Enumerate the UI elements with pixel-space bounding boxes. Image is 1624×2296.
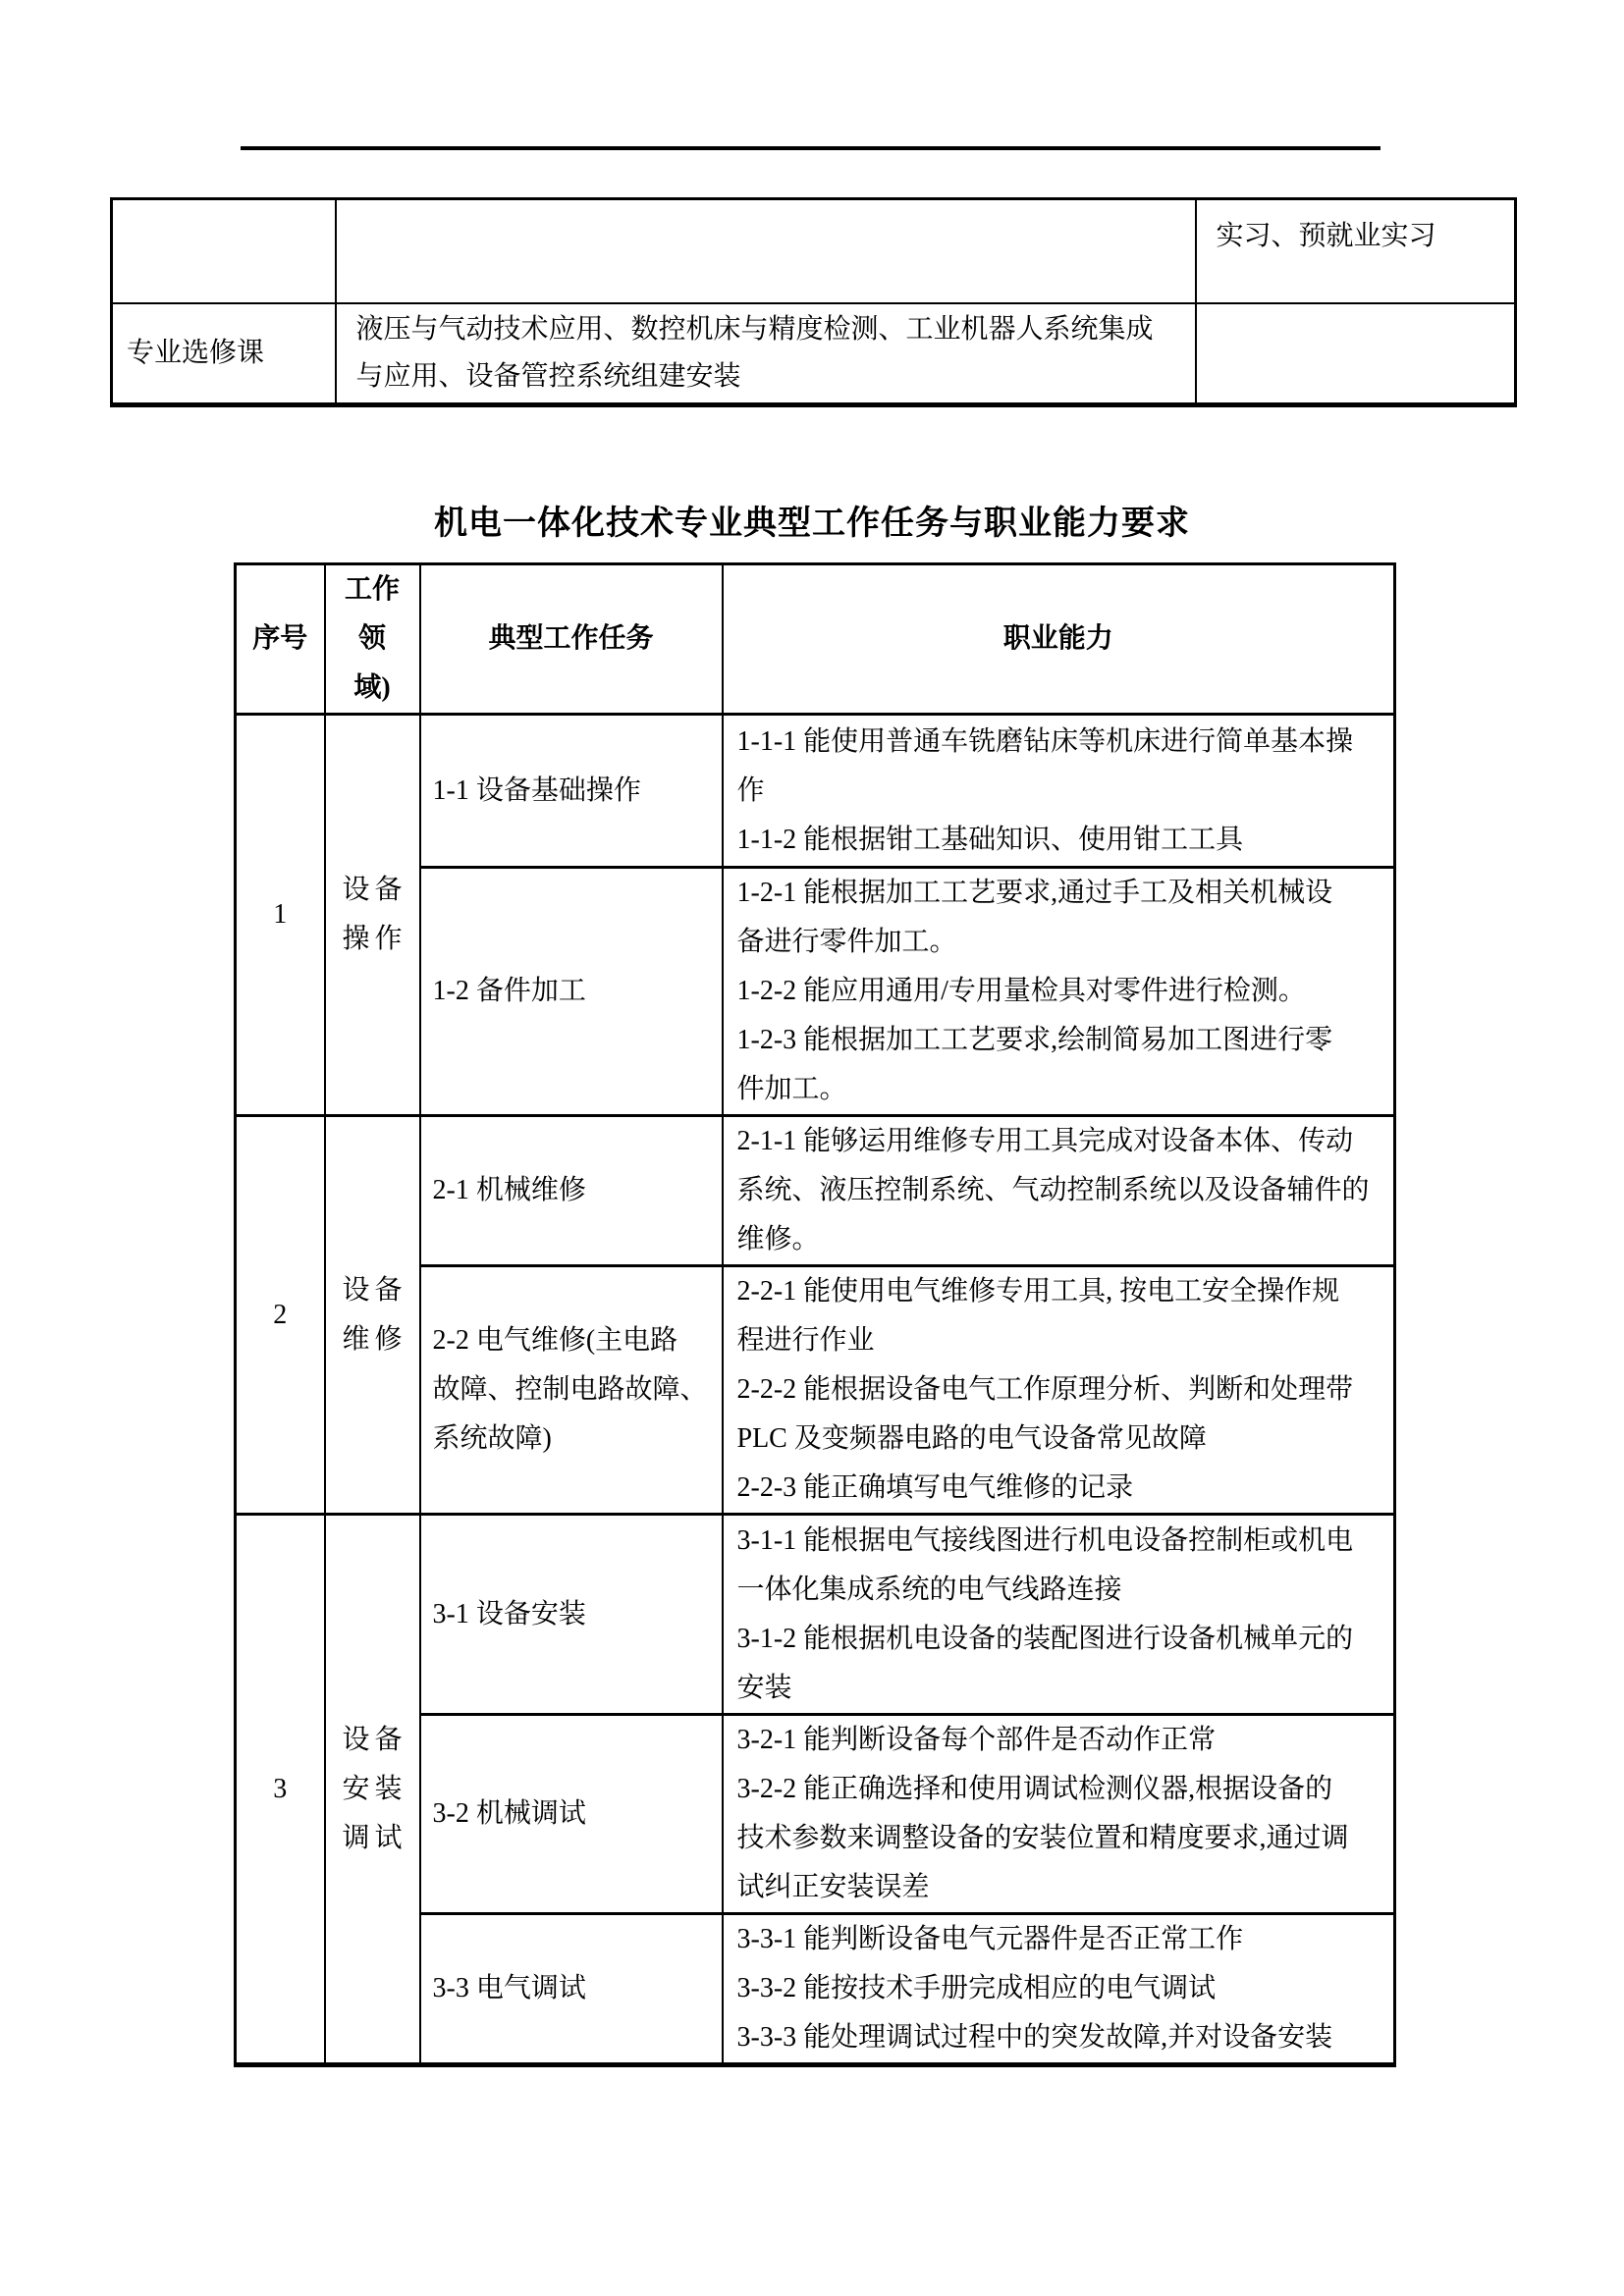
task-cell-3-3: 3-3 电气调试: [420, 1914, 723, 2065]
empty-cell: [112, 199, 336, 303]
task-cell-2-2: 2-2 电气维修(主电路 故障、控制电路故障、 系统故障): [420, 1266, 723, 1515]
table-row: 3 设备 安装 调试 3-1 设备安装 3-1-1 能根据电气接线图进行机电设备…: [236, 1515, 1395, 1715]
domain-cell-2: 设备 维修: [325, 1116, 420, 1515]
elective-course-label-cell: 专业选修课: [112, 303, 336, 405]
table-row: 2 设备 维修 2-1 机械维修 2-1-1 能够运用维修专用工具完成对设备本体…: [236, 1116, 1395, 1266]
domain-cell-3: 设备 安装 调试: [325, 1515, 420, 2065]
column-header-ability: 职业能力: [723, 564, 1395, 715]
abilities-cell-3-1: 3-1-1 能根据电气接线图进行机电设备控制柜或机电 一体化集成系统的电气线路连…: [723, 1515, 1395, 1715]
task-cell-3-2: 3-2 机械调试: [420, 1715, 723, 1914]
top-table: 实习、预就业实习 专业选修课 液压与气动技术应用、数控机床与精度检测、工业机器人…: [110, 197, 1517, 407]
header-rule: [241, 146, 1380, 150]
task-cell-1-2: 1-2 备件加工: [420, 868, 723, 1116]
abilities-cell-2-2: 2-2-1 能使用电气维修专用工具, 按电工安全操作规 程进行作业 2-2-2 …: [723, 1266, 1395, 1515]
main-table: 序号 工作 领 域) 典型工作任务 职业能力 1 设备 操作 1-1 设备基础操…: [234, 562, 1396, 2067]
column-header-task: 典型工作任务: [420, 564, 723, 715]
task-cell-3-1: 3-1 设备安装: [420, 1515, 723, 1715]
elective-course-list-cell: 液压与气动技术应用、数控机床与精度检测、工业机器人系统集成 与应用、设备管控系统…: [336, 303, 1196, 405]
seq-cell-3: 3: [236, 1515, 325, 2065]
abilities-cell-3-3: 3-3-1 能判断设备电气元器件是否正常工作 3-3-2 能按技术手册完成相应的…: [723, 1914, 1395, 2065]
table-row: 专业选修课 液压与气动技术应用、数控机床与精度检测、工业机器人系统集成 与应用、…: [112, 303, 1516, 405]
table-row: 实习、预就业实习: [112, 199, 1516, 303]
abilities-cell-1-1: 1-1-1 能使用普通车铣磨钻床等机床进行简单基本操 作 1-1-2 能根据钳工…: [723, 715, 1395, 868]
header-row: 序号 工作 领 域) 典型工作任务 职业能力: [236, 564, 1395, 715]
column-header-domain: 工作 领 域): [325, 564, 420, 715]
abilities-cell-3-2: 3-2-1 能判断设备每个部件是否动作正常 3-2-2 能正确选择和使用调试检测…: [723, 1715, 1395, 1914]
table-row: 1 设备 操作 1-1 设备基础操作 1-1-1 能使用普通车铣磨钻床等机床进行…: [236, 715, 1395, 868]
internship-cell: 实习、预就业实习: [1196, 199, 1516, 303]
empty-cell: [336, 199, 1196, 303]
domain-cell-1: 设备 操作: [325, 715, 420, 1116]
abilities-cell-2-1: 2-1-1 能够运用维修专用工具完成对设备本体、传动 系统、液压控制系统、气动控…: [723, 1116, 1395, 1266]
page: { "title": "机电一体化技术专业典型工作任务与职业能力要求", "to…: [0, 0, 1624, 2296]
abilities-cell-1-2: 1-2-1 能根据加工工艺要求,通过手工及相关机械设 备进行零件加工。 1-2-…: [723, 868, 1395, 1116]
seq-cell-1: 1: [236, 715, 325, 1116]
column-header-seq: 序号: [236, 564, 325, 715]
task-cell-1-1: 1-1 设备基础操作: [420, 715, 723, 868]
page-title: 机电一体化技术专业典型工作任务与职业能力要求: [0, 503, 1624, 546]
empty-cell: [1196, 303, 1516, 405]
seq-cell-2: 2: [236, 1116, 325, 1515]
task-cell-2-1: 2-1 机械维修: [420, 1116, 723, 1266]
